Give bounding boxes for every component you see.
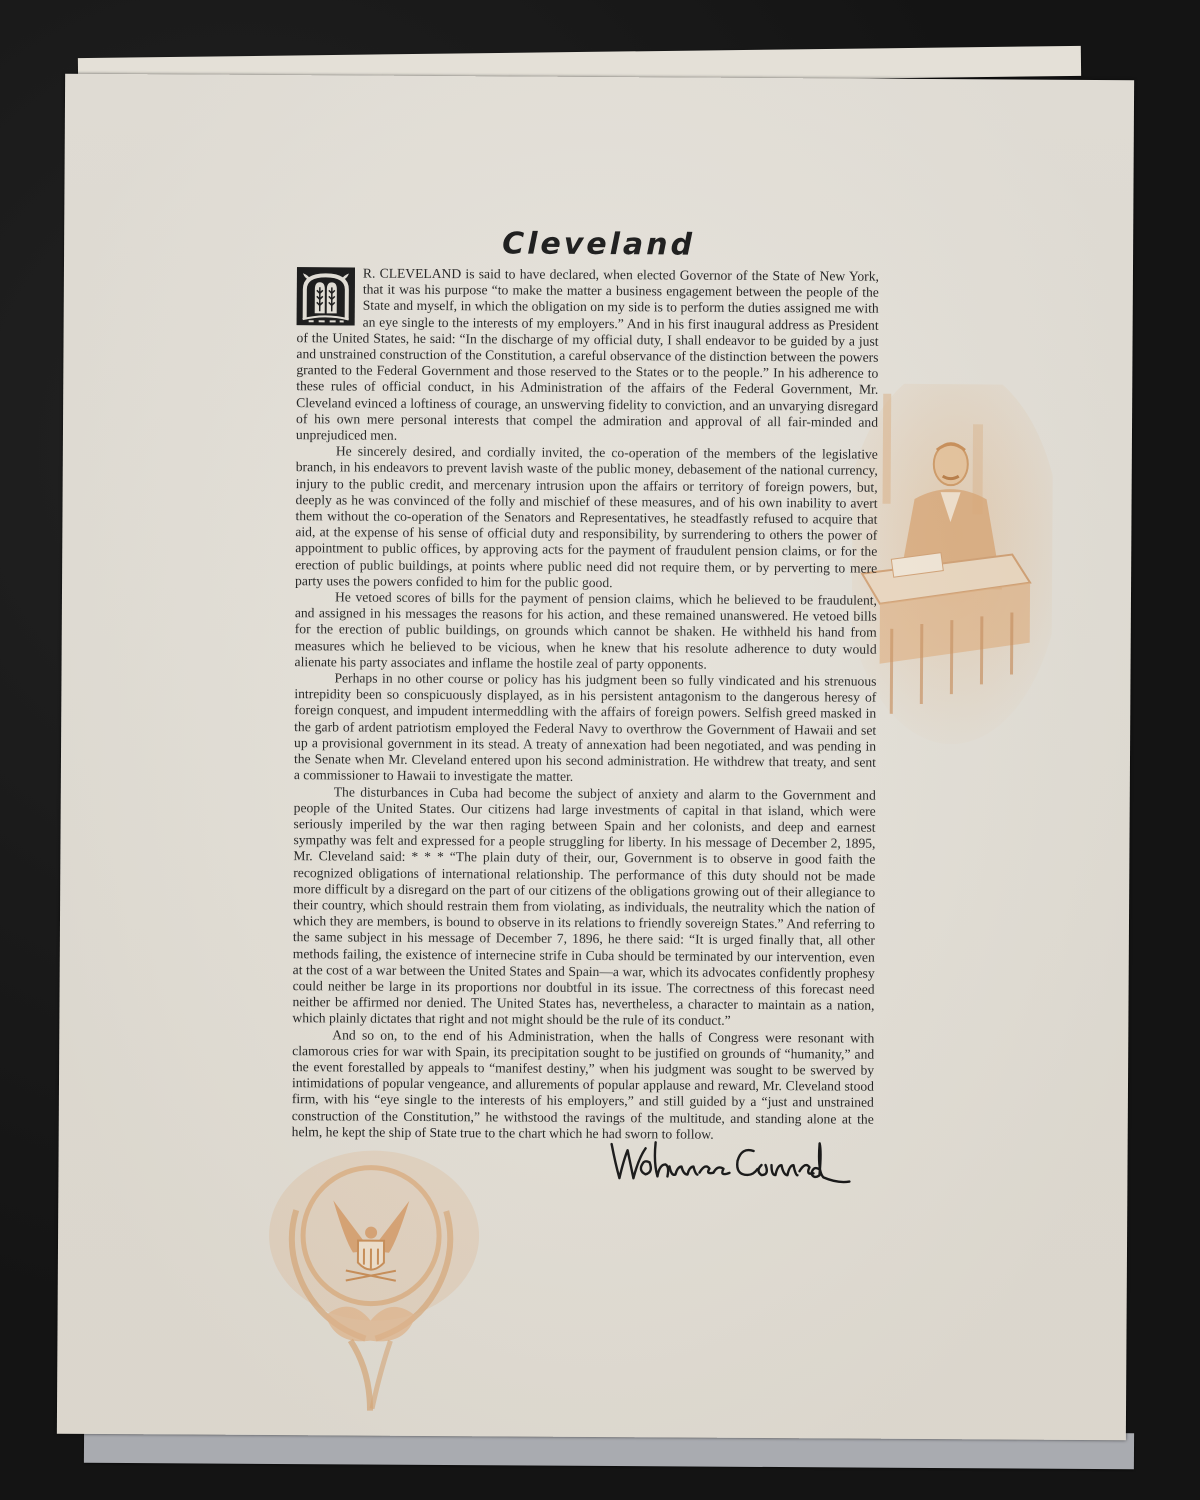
ornamental-drop-cap-m-icon <box>297 267 355 325</box>
eagle-seal-icon <box>255 1140 487 1416</box>
page-title: Cleveland <box>64 224 1133 266</box>
paragraph-1-text: is said to have declared, when elected G… <box>296 266 879 443</box>
paragraph-2: He sincerely desired, and cordially invi… <box>295 443 878 592</box>
signature-holmes-conrad-icon: Holmes Conrad <box>603 1132 853 1194</box>
paragraph-3: He vetoed scores of bills for the paymen… <box>295 589 877 674</box>
paragraph-4: Perhaps in no other course or policy has… <box>294 670 877 787</box>
paragraph-1: R. CLEVELAND is said to have declared, w… <box>296 265 879 447</box>
portrait-illustration-icon <box>851 384 1053 765</box>
paragraph-6: And so on, to the end of his Administrat… <box>292 1027 875 1144</box>
lead-in-caps: R. CLEVELAND <box>363 266 461 282</box>
paragraph-5: The disturbances in Cuba had become the … <box>292 784 875 1031</box>
document-page: Cleveland <box>57 74 1134 1441</box>
article-body: R. CLEVELAND is said to have declared, w… <box>292 265 879 1144</box>
